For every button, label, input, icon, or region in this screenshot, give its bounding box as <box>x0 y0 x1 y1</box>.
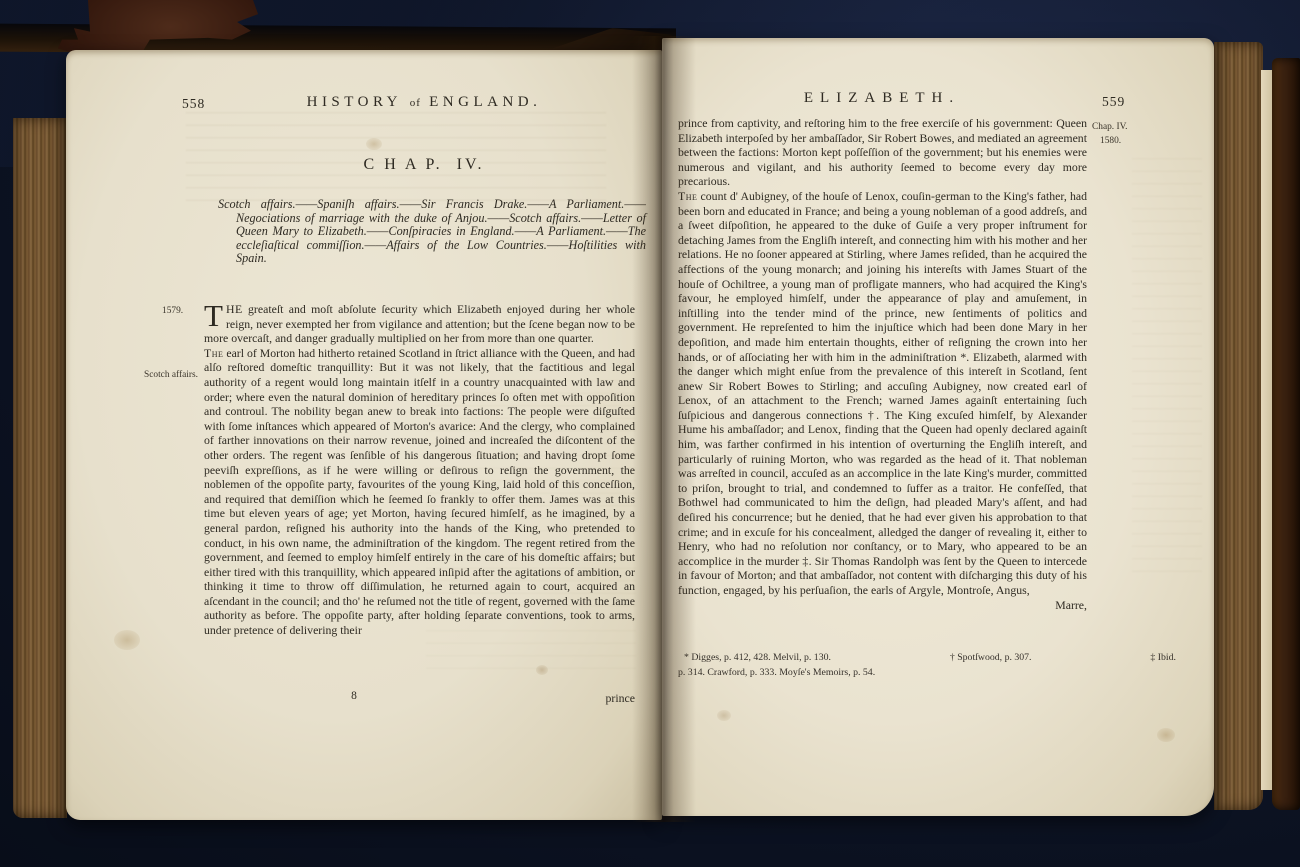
lead-capitals: HE <box>226 302 243 316</box>
margin-note-chapter: Chap. IV. <box>1092 122 1128 132</box>
chapter-argument: Scotch affairs.——Spaniſh affairs.——Sir F… <box>218 198 646 266</box>
paper-stain <box>717 710 731 721</box>
left-fore-edge <box>13 118 67 818</box>
catchword: Marre, <box>678 598 1087 613</box>
body-text: prince from captivity, and reſtoring him… <box>678 116 1087 612</box>
running-head: HISTORY of ENGLAND. <box>220 94 628 111</box>
margin-note-subject: Scotch affairs. <box>144 370 198 380</box>
body-text: THE greateſt and moſt abſolute ſecurity … <box>204 302 635 638</box>
chapter-numeral: IV. <box>457 156 485 173</box>
paper-stain <box>536 665 548 675</box>
running-head-word: HISTORY <box>307 94 402 110</box>
footnote-entry: * Digges, p. 412, 428. Melvil, p. 130. <box>684 650 831 665</box>
paper-stain <box>366 138 382 150</box>
footnote-entry: ‡ Ibid. <box>1150 650 1176 665</box>
footnote-entry: † Spotſwood, p. 307. <box>950 650 1032 665</box>
footnotes: * Digges, p. 412, 428. Melvil, p. 130. †… <box>684 650 1176 680</box>
signature-mark: 8 <box>334 690 374 702</box>
running-head-word: ENGLAND. <box>429 94 541 110</box>
right-page: ELIZABETH. 559 Chap. IV. 1580. prince fr… <box>662 38 1214 816</box>
catchword: prince <box>555 691 635 706</box>
paragraph: THE greateſt and moſt abſolute ſecurity … <box>204 302 635 346</box>
footnote-line: p. 314. Crawford, p. 333. Moyſe's Memoir… <box>678 665 1176 680</box>
paper-stain <box>114 630 140 650</box>
lead-capitals: The <box>678 189 697 203</box>
margin-note-year: 1580. <box>1100 136 1121 146</box>
margin-note-year: 1579. <box>162 306 183 316</box>
paragraph: prince from captivity, and reſtoring him… <box>678 116 1087 189</box>
paragraph: The count d' Aubigney, of the houſe of L… <box>678 189 1087 598</box>
footnote-line: * Digges, p. 412, 428. Melvil, p. 130. †… <box>684 650 1176 665</box>
lead-capitals: The <box>204 346 223 360</box>
paper-stain <box>1157 728 1175 742</box>
paragraph-text: count d' Aubigney, of the houſe of Lenox… <box>678 189 1087 597</box>
page-number: 559 <box>1102 94 1125 110</box>
show-through-text <box>1132 158 1202 578</box>
running-head: ELIZABETH. <box>678 90 1086 107</box>
running-head-connector: of <box>410 97 421 109</box>
paragraph-text: earl of Morton had hitherto retained Sco… <box>204 346 635 637</box>
paragraph: The earl of Morton had hitherto retained… <box>204 346 635 638</box>
right-fore-edge <box>1214 42 1263 810</box>
chapter-label: C H A P. <box>364 156 443 173</box>
page-number: 558 <box>182 96 205 112</box>
drop-cap: T <box>204 302 226 328</box>
left-page: 558 HISTORY of ENGLAND. C H A P.IV. Scot… <box>66 50 662 820</box>
back-cover-edge <box>1272 58 1300 810</box>
chapter-heading: C H A P.IV. <box>220 156 628 174</box>
paragraph-text: greateſt and moſt abſolute ſecurity whic… <box>204 302 635 345</box>
book-photo: 558 HISTORY of ENGLAND. C H A P.IV. Scot… <box>0 0 1300 867</box>
